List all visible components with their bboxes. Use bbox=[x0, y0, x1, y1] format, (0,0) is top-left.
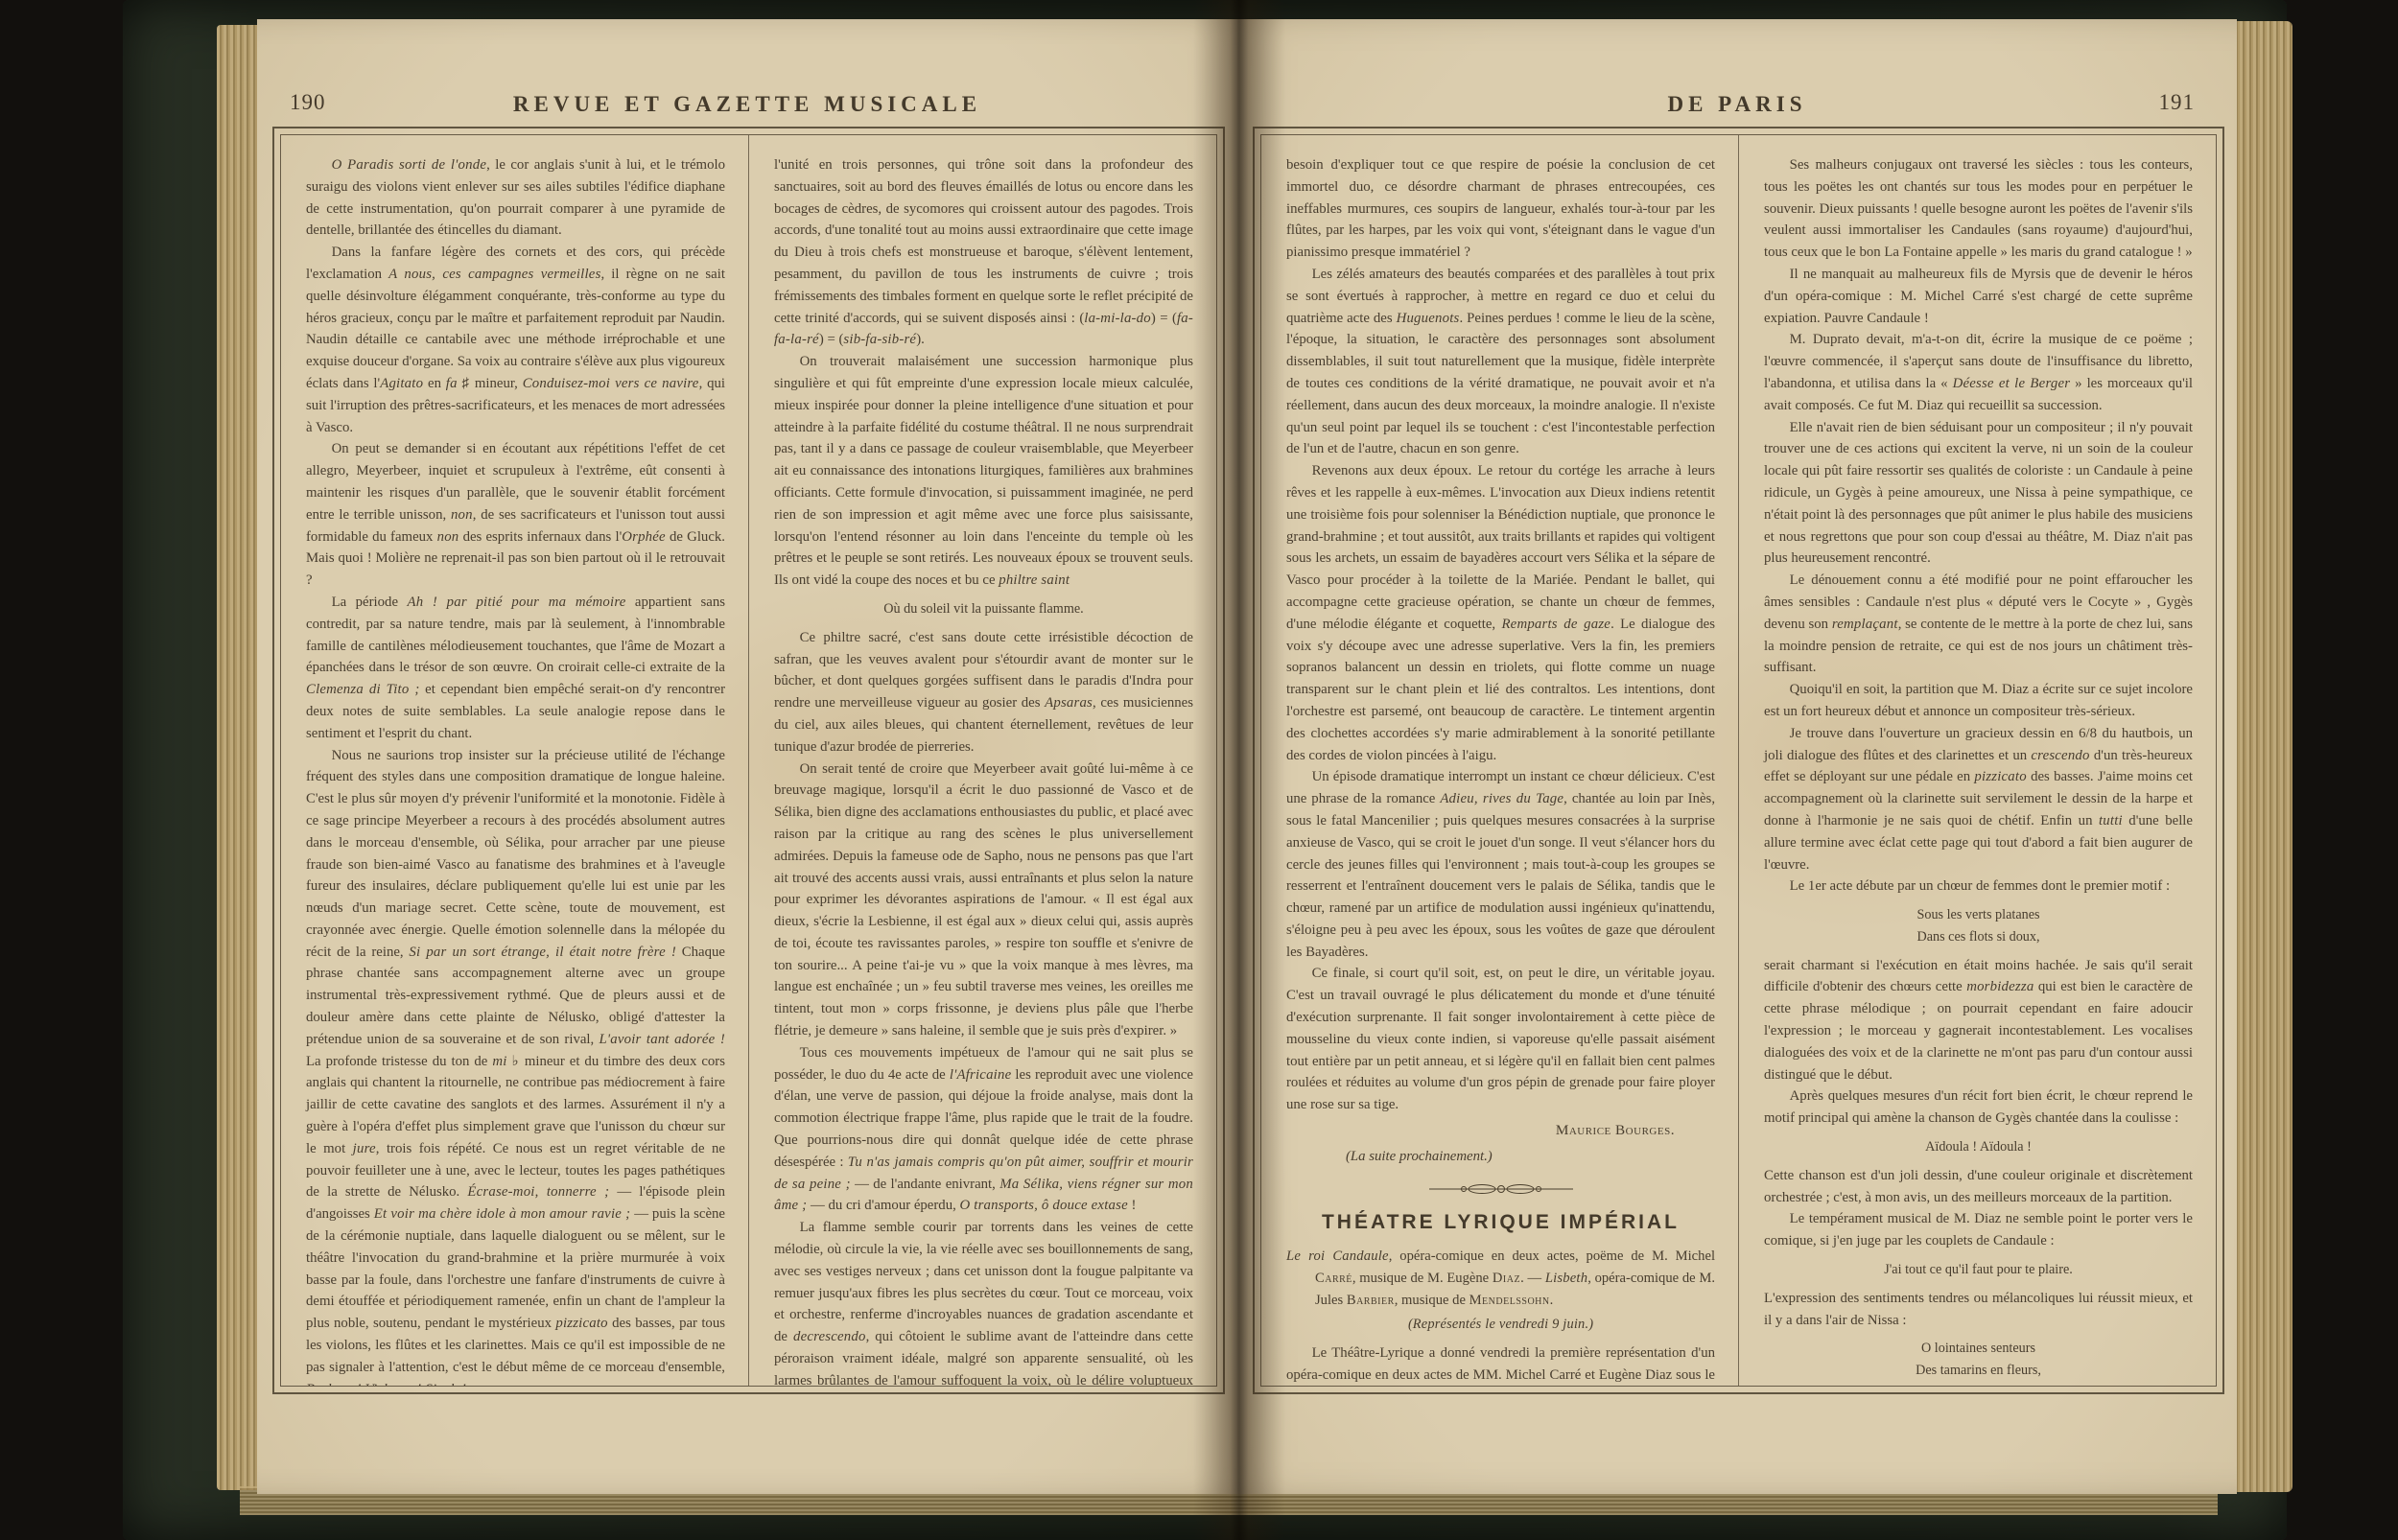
running-title-left: REVUE ET GAZETTE MUSICALE bbox=[257, 92, 1237, 117]
paragraph: Il ne manquait au malheureux fils de Myr… bbox=[1764, 264, 2193, 329]
paragraph: Elle n'avait rien de bien séduisant pour… bbox=[1764, 417, 2193, 571]
paragraph: Les zélés amateurs des beautés comparées… bbox=[1286, 264, 1715, 460]
paragraph: La flamme semble courir par torrents dan… bbox=[774, 1217, 1193, 1386]
paragraph: On trouverait malaisément une succession… bbox=[774, 351, 1193, 592]
page-frame-right: besoin d'expliquer tout ce que respire d… bbox=[1253, 127, 2224, 1394]
paragraph: Ce philtre sacré, c'est sans doute cette… bbox=[774, 627, 1193, 758]
paragraph: Un épisode dramatique interrompt un inst… bbox=[1286, 766, 1715, 963]
right-page: 191 DE PARIS besoin d'expliquer tout ce … bbox=[1237, 19, 2237, 1494]
left-page: 190 REVUE ET GAZETTE MUSICALE O Paradis … bbox=[257, 19, 1237, 1494]
paragraph: serait charmant si l'exécution en était … bbox=[1764, 955, 2193, 1086]
verse-quote: Aïdoula ! Aïdoula ! bbox=[1764, 1136, 2193, 1158]
paragraph: Après quelques mesures d'un récit fort b… bbox=[1764, 1085, 2193, 1130]
text-column-4: Ses malheurs conjugaux ont traversé les … bbox=[1738, 135, 2216, 1386]
paragraph: Ses malheurs conjugaux ont traversé les … bbox=[1764, 154, 2193, 264]
paragraph: On serait tenté de croire que Meyerbeer … bbox=[774, 758, 1193, 1042]
text-column-2: l'unité en trois personnes, qui trône so… bbox=[748, 135, 1216, 1386]
text-column-3: besoin d'expliquer tout ce que respire d… bbox=[1261, 135, 1738, 1386]
paragraph: Nous ne saurions trop insister sur la pr… bbox=[306, 745, 725, 1386]
running-title-right: DE PARIS bbox=[1237, 92, 2237, 117]
page-frame-right-inner: besoin d'expliquer tout ce que respire d… bbox=[1260, 134, 2217, 1387]
page-edges-left bbox=[217, 25, 263, 1490]
text-column-1: O Paradis sorti de l'onde, le cor anglai… bbox=[281, 135, 748, 1386]
verse-quote: Où du soleil vit la puissante flamme. bbox=[774, 598, 1193, 620]
page-frame-left-inner: O Paradis sorti de l'onde, le cor anglai… bbox=[280, 134, 1217, 1387]
verse-quote: Sous les verts platanesDans ces flots si… bbox=[1764, 904, 2193, 948]
paragraph: l'unité en trois personnes, qui trône so… bbox=[774, 154, 1193, 351]
verse-quote: O lointaines senteursDes tamarins en fle… bbox=[1764, 1338, 2193, 1382]
paragraph: Quoiqu'il en soit, la partition que M. D… bbox=[1764, 679, 2193, 723]
paragraph: O Paradis sorti de l'onde, le cor anglai… bbox=[306, 154, 725, 242]
paragraph: Le tempérament musical de M. Diaz ne sem… bbox=[1764, 1208, 2193, 1252]
paragraph: Je trouve dans l'ouverture un gracieux d… bbox=[1764, 723, 2193, 876]
paragraph: Ce finale, si court qu'il soit, est, on … bbox=[1286, 963, 1715, 1116]
page-frame-left: O Paradis sorti de l'onde, le cor anglai… bbox=[272, 127, 1225, 1394]
paragraph: M. Duprato devait, m'a-t-on dit, écrire … bbox=[1764, 329, 2193, 416]
paragraph: Cette chanson est d'un joli dessin, d'un… bbox=[1764, 1165, 2193, 1209]
paragraph: besoin d'expliquer tout ce que respire d… bbox=[1286, 154, 1715, 264]
paragraph: Le 1er acte débute par un chœur de femme… bbox=[1764, 875, 2193, 898]
paragraph: Le Théâtre-Lyrique a donné vendredi la p… bbox=[1286, 1342, 1715, 1386]
verse-quote: J'ai tout ce qu'il faut pour te plaire. bbox=[1764, 1259, 2193, 1281]
page-edges-right bbox=[2233, 21, 2292, 1492]
paragraph: L'expression des sentiments tendres ou m… bbox=[1764, 1288, 2193, 1332]
left-page-columns: O Paradis sorti de l'onde, le cor anglai… bbox=[281, 135, 1216, 1386]
paragraph: La période Ah ! par pitié pour ma mémoir… bbox=[306, 592, 725, 745]
article-heading: THÉATRE LYRIQUE IMPÉRIAL bbox=[1286, 1212, 1715, 1234]
paragraph: Revenons aux deux époux. Le retour du co… bbox=[1286, 460, 1715, 766]
performance-date-note: (Représentés le vendredi 9 juin.) bbox=[1286, 1314, 1715, 1336]
paragraph: Dans la fanfare légère des cornets et de… bbox=[306, 242, 725, 438]
continuation-note: (La suite prochainement.) bbox=[1286, 1146, 1715, 1168]
photographed-book-spread: 190 REVUE ET GAZETTE MUSICALE O Paradis … bbox=[0, 0, 2398, 1540]
right-page-columns: besoin d'expliquer tout ce que respire d… bbox=[1261, 135, 2216, 1386]
article-byline: Le roi Candaule, opéra-comique en deux a… bbox=[1286, 1246, 1715, 1311]
section-divider-ornament bbox=[1286, 1181, 1715, 1203]
paragraph: Le dénouement connu a été modifié pour n… bbox=[1764, 570, 2193, 679]
paragraph: On peut se demander si en écoutant aux r… bbox=[306, 438, 725, 592]
paragraph: Tous ces mouvements impétueux de l'amour… bbox=[774, 1042, 1193, 1217]
author-signature: Maurice Bourges. bbox=[1286, 1120, 1715, 1142]
